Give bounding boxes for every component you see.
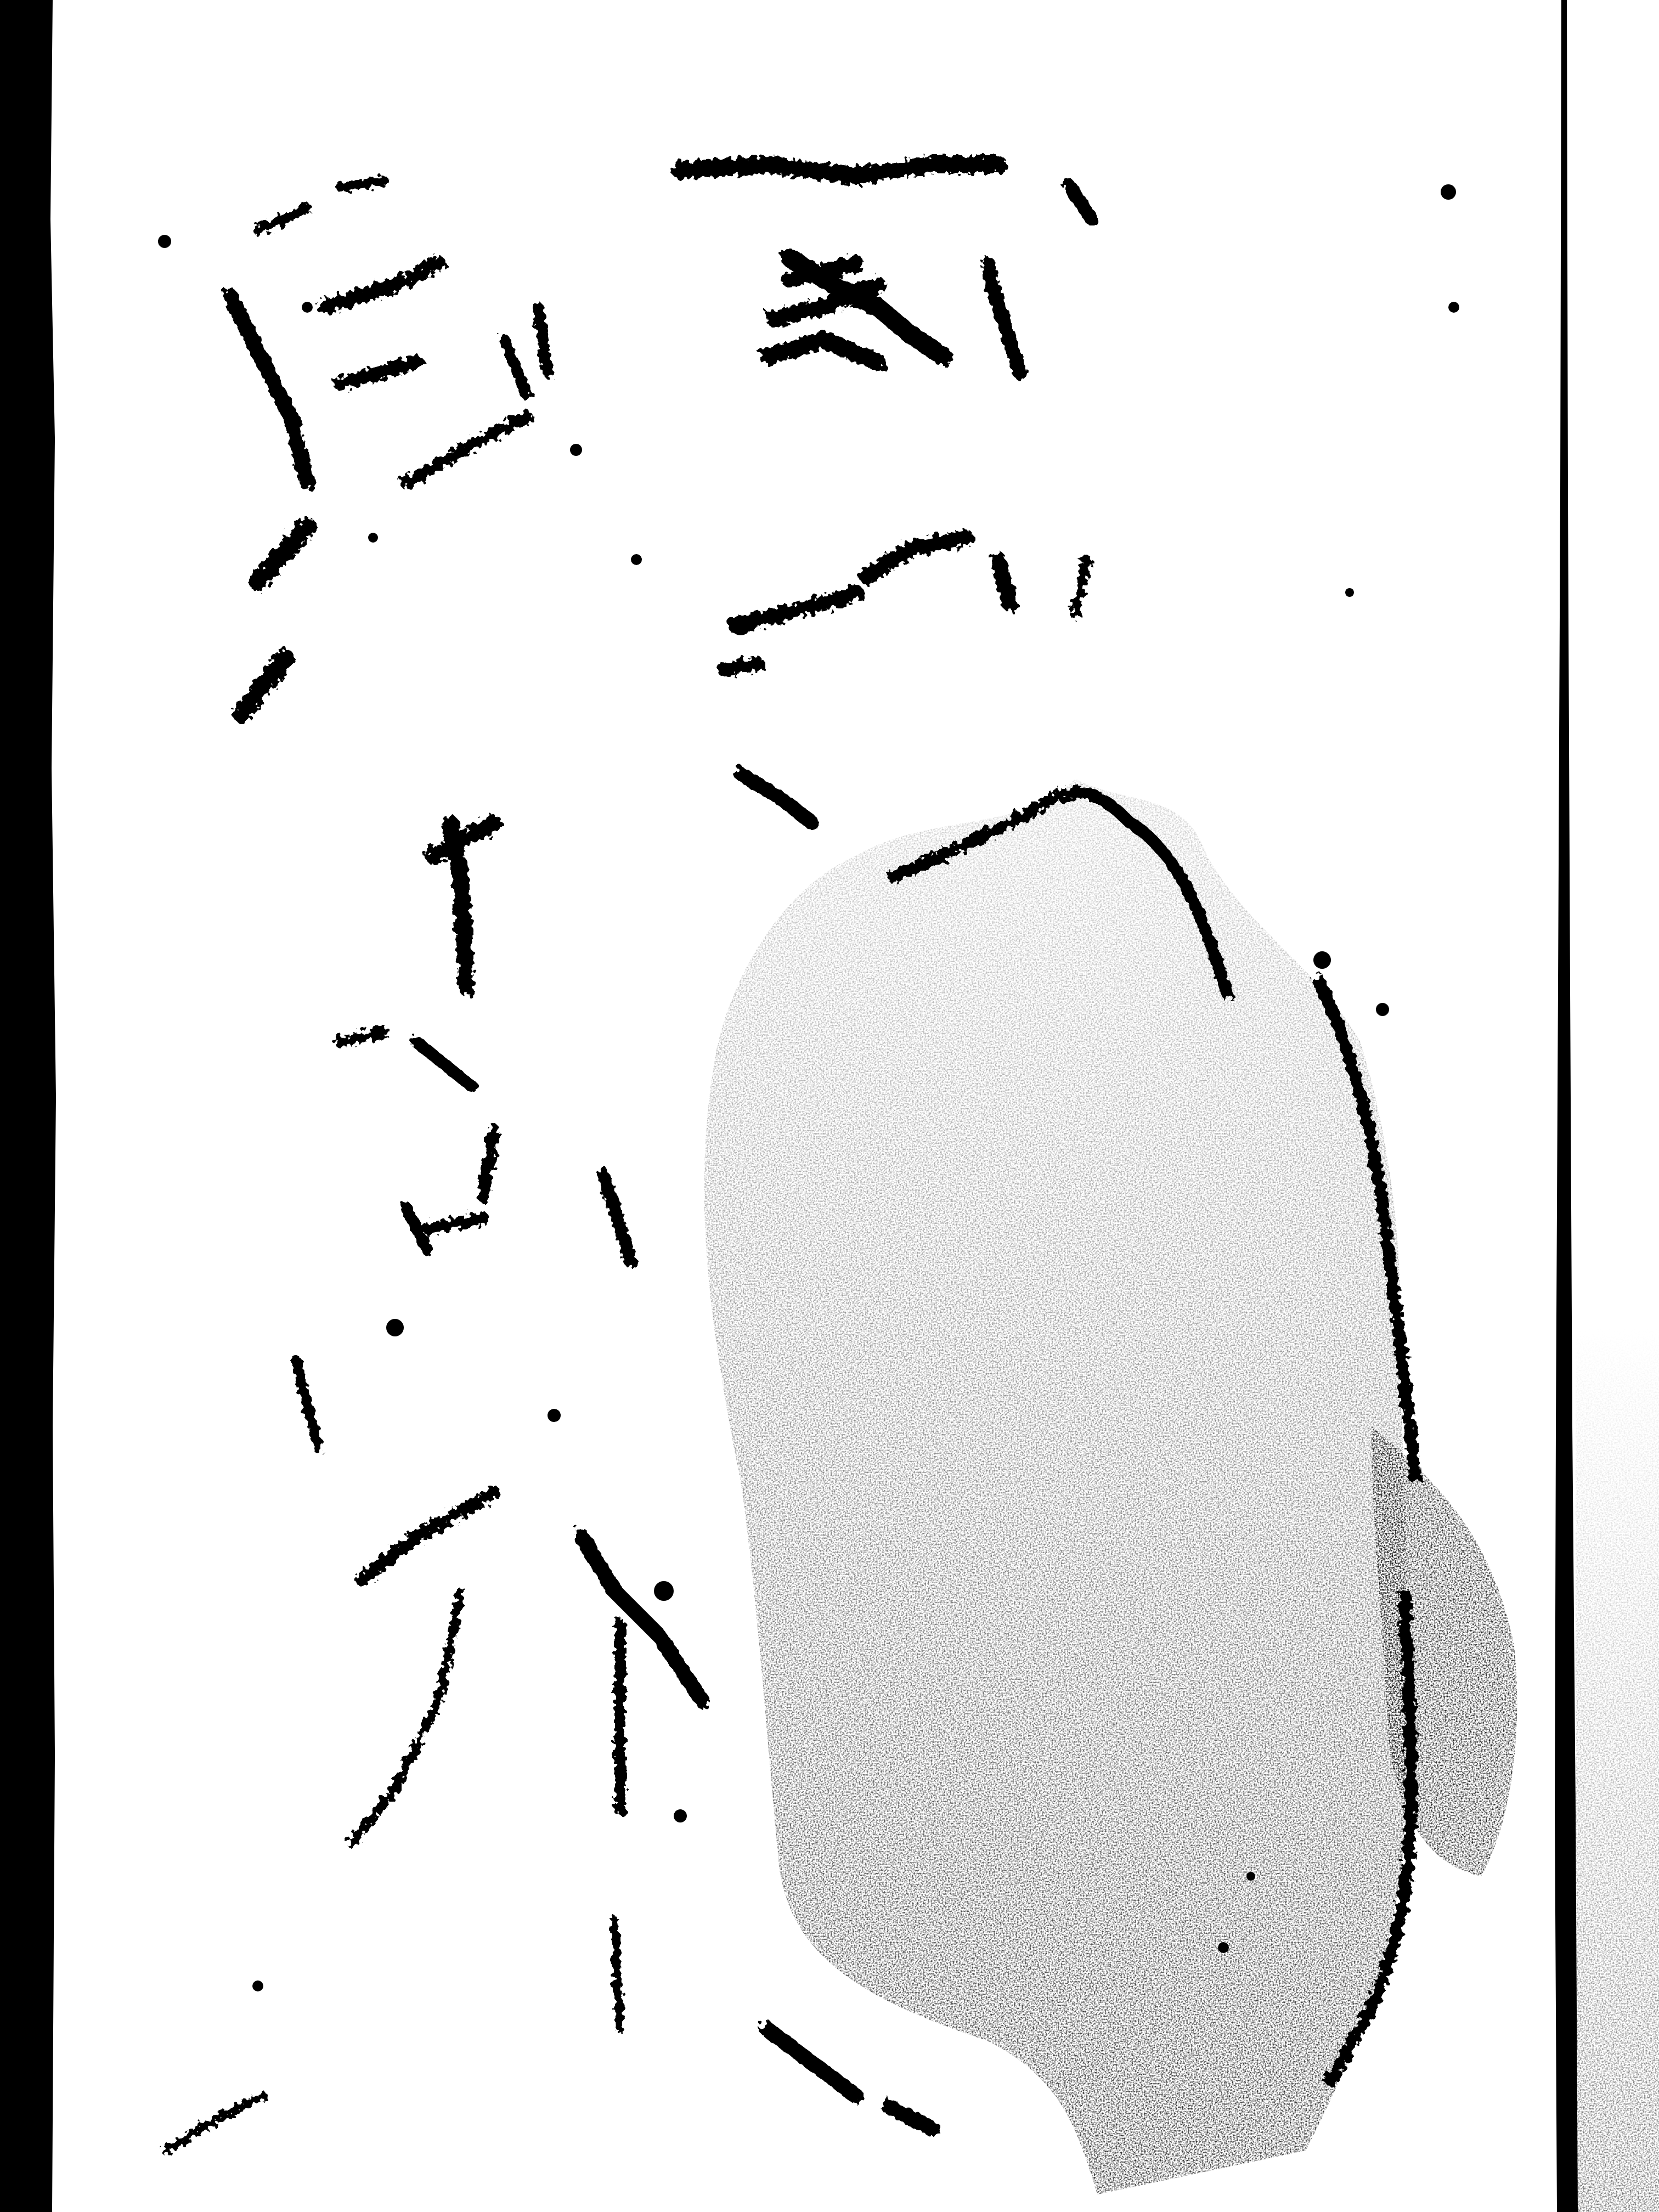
left-border — [0, 0, 56, 2212]
edge-texture — [1576, 0, 1659, 2212]
weathered-inscription-scan — [0, 0, 1659, 2212]
